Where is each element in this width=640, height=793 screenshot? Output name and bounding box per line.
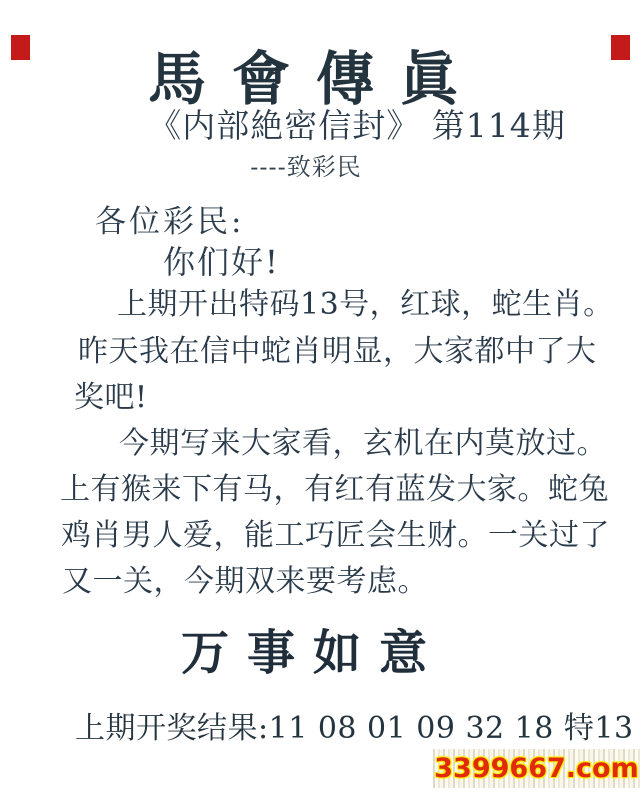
paragraph1-line1: 上期开出特码13号，红球，蛇生肖。 xyxy=(117,279,614,323)
previous-draw-results: 上期开奖结果:11 08 01 09 32 18 特13 xyxy=(75,703,634,747)
blessing-headline: 万事如意 xyxy=(163,614,445,683)
dedication-line: ----致彩民 xyxy=(250,147,361,182)
corner-marker-top-left xyxy=(11,35,30,60)
issue-line: 《内部絶密信封》 第114期 xyxy=(148,100,565,147)
paragraph1-line3: 奖吧! xyxy=(74,372,148,416)
salutation-line: 各位彩民: xyxy=(95,196,244,241)
paragraph2-line4: 又一关，今期双来要考虑。 xyxy=(62,556,428,600)
fax-document: 馬會傳眞 《内部絶密信封》 第114期 ----致彩民 各位彩民: 你们好! 上… xyxy=(0,0,640,793)
site-watermark: 3399667.com xyxy=(433,749,640,788)
paragraph2-line2: 上有猴来下有马，有红有蓝发大家。蛇兔 xyxy=(60,464,609,508)
greeting-line: 你们好! xyxy=(163,237,280,283)
paragraph2-line3: 鸡肖男人爱，能工巧匠会生财。一关过了 xyxy=(61,510,610,554)
site-watermark-text: 3399667.com xyxy=(434,753,638,784)
corner-marker-top-right xyxy=(611,35,630,60)
paragraph1-line2: 昨天我在信中蛇肖明显，大家都中了大 xyxy=(78,326,597,370)
paragraph2-line1: 今期写来大家看，玄机在内莫放过。 xyxy=(119,418,607,462)
